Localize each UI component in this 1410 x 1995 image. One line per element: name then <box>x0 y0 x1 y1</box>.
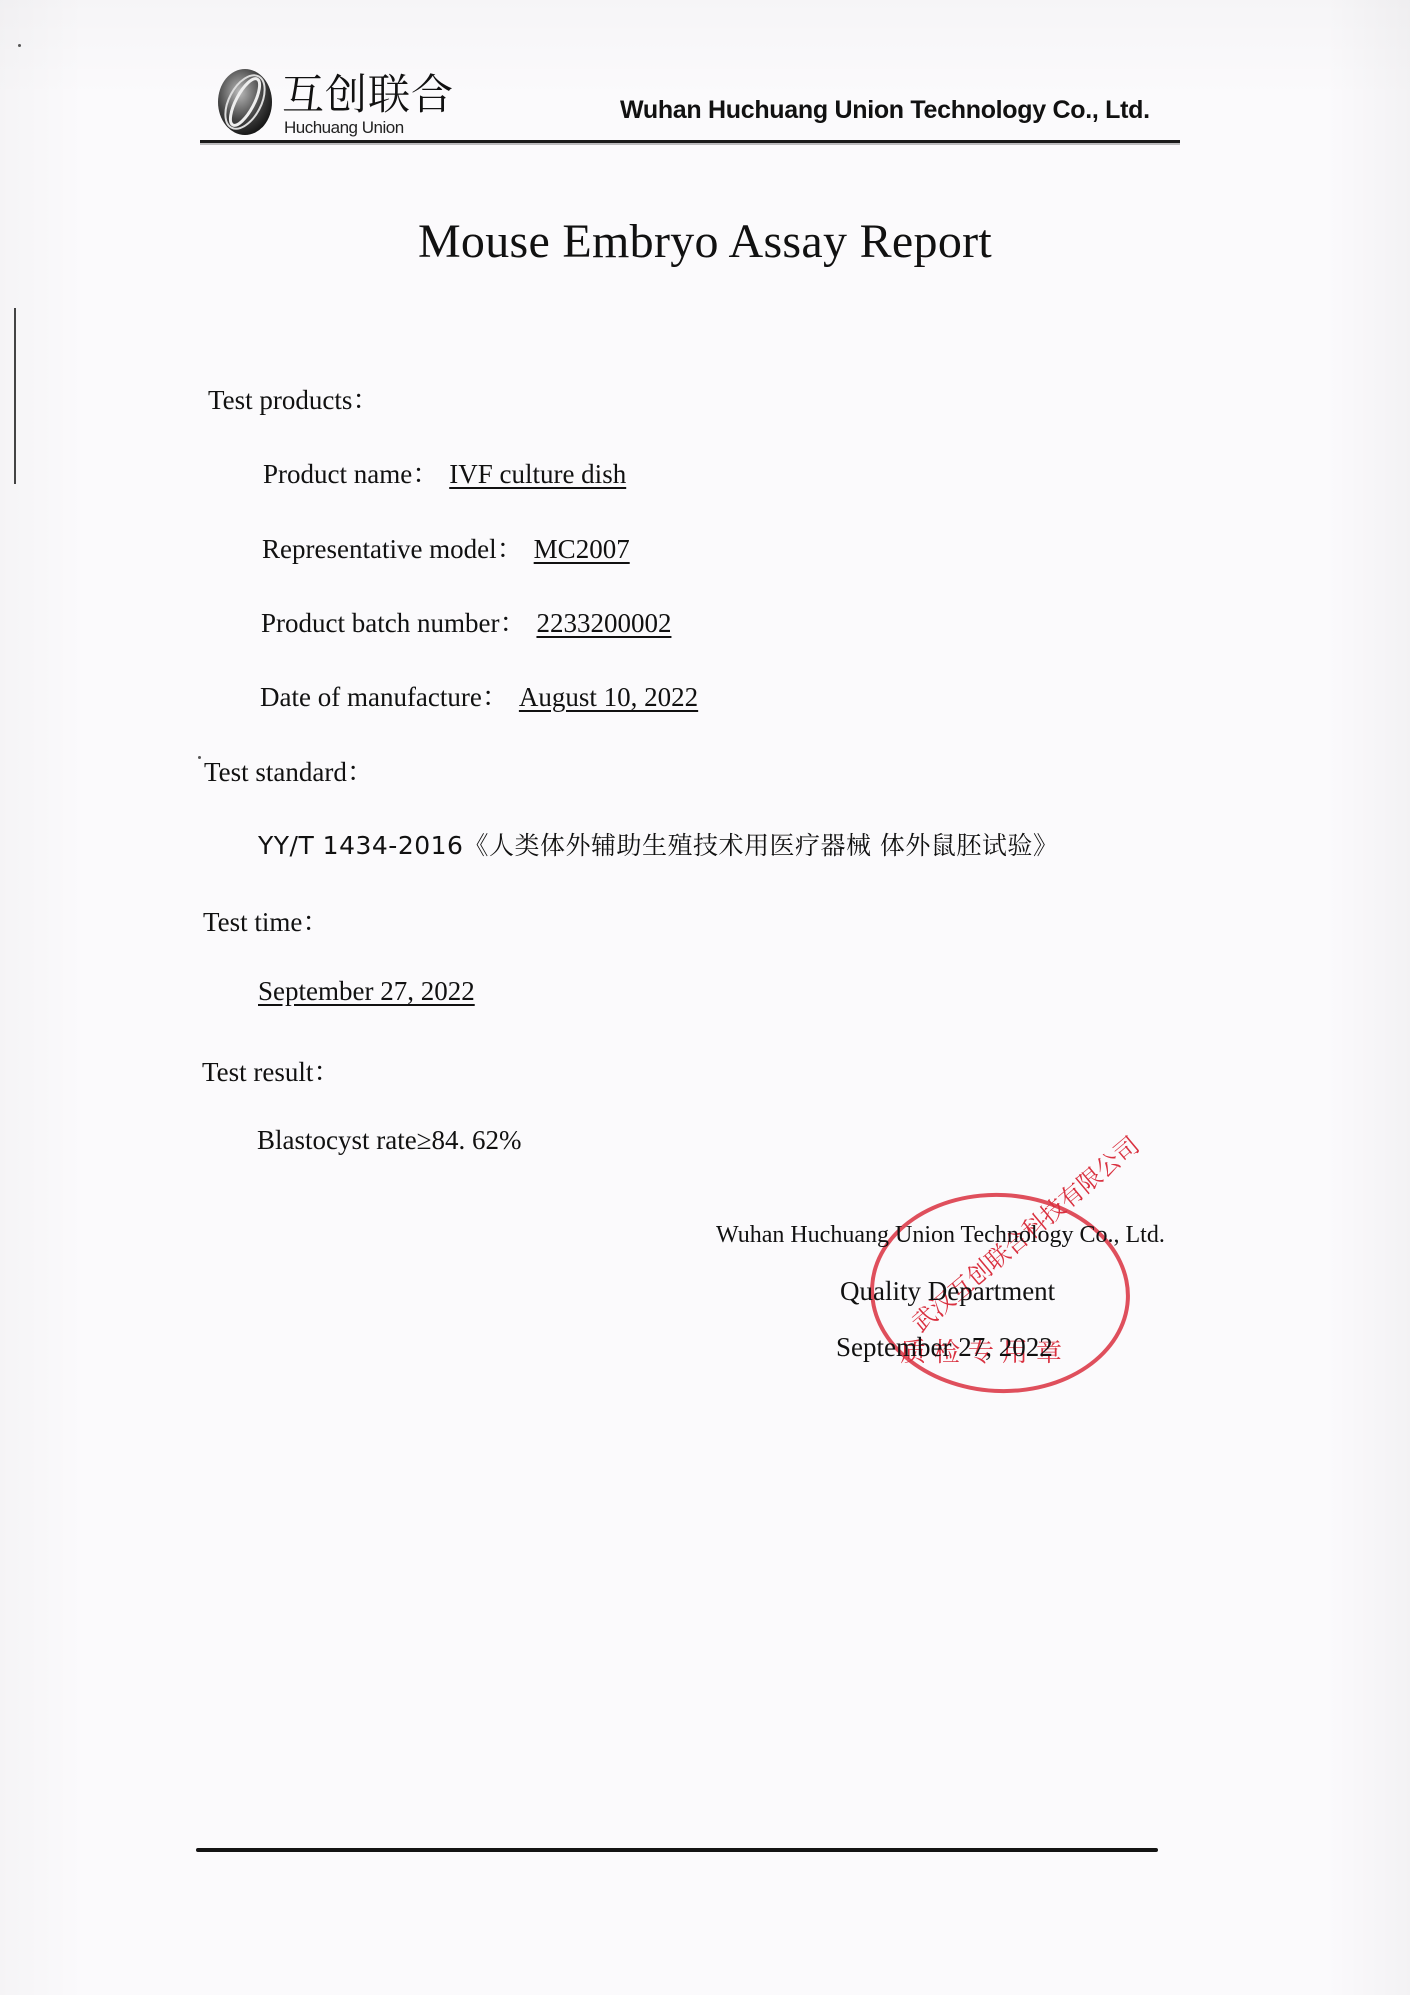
representative-model-label: Representative model： <box>262 534 524 564</box>
test-result-value: Blastocyst rate≥84. 62% <box>257 1125 522 1156</box>
speck <box>198 756 201 759</box>
scan-edge-mark <box>14 308 16 484</box>
batch-number-value: 2233200002 <box>536 608 671 638</box>
test-standard-label: Test standard： <box>204 750 374 789</box>
product-name-field: Product name：IVF culture dish <box>263 452 626 491</box>
test-products-label: Test products： <box>208 378 379 417</box>
signature-date: September 27, 2022 <box>836 1332 1053 1363</box>
product-name-label: Product name： <box>263 459 439 489</box>
test-standard-value: YY/T 1434-2016《人类体外辅助生殖技术用医疗器械 体外鼠胚试验》 <box>258 826 1058 862</box>
test-time-value: September 27, 2022 <box>258 976 475 1006</box>
test-result-label: Test result： <box>202 1050 340 1089</box>
logo-chinese-name: 互创联合 <box>282 72 454 118</box>
signature-company: Wuhan Huchuang Union Technology Co., Ltd… <box>716 1222 1165 1249</box>
manufacture-date-value: August 10, 2022 <box>519 682 698 712</box>
footer-divider <box>196 1848 1158 1852</box>
representative-model-value: MC2007 <box>534 534 630 564</box>
test-time-field: September 27, 2022 <box>258 976 475 1007</box>
signature-department: Quality Department <box>840 1276 1055 1307</box>
letterhead: 互创联合 Huchuang Union Wuhan Huchuang Union… <box>200 62 1180 148</box>
representative-model-field: Representative model：MC2007 <box>262 527 630 566</box>
manufacture-date-field: Date of manufacture：August 10, 2022 <box>260 675 698 714</box>
batch-number-label: Product batch number： <box>261 608 526 638</box>
batch-number-field: Product batch number：2233200002 <box>261 601 671 640</box>
logo-english-name: Huchuang Union <box>284 118 404 138</box>
header-divider <box>200 140 1180 143</box>
product-name-value: IVF culture dish <box>449 459 626 489</box>
speck <box>18 44 21 47</box>
paper-background <box>0 0 1410 1995</box>
header-company-name: Wuhan Huchuang Union Technology Co., Ltd… <box>620 96 1150 125</box>
manufacture-date-label: Date of manufacture： <box>260 682 509 712</box>
company-logo-icon <box>216 66 274 136</box>
report-title: Mouse Embryo Assay Report <box>0 214 1410 269</box>
test-time-label: Test time： <box>203 900 329 939</box>
